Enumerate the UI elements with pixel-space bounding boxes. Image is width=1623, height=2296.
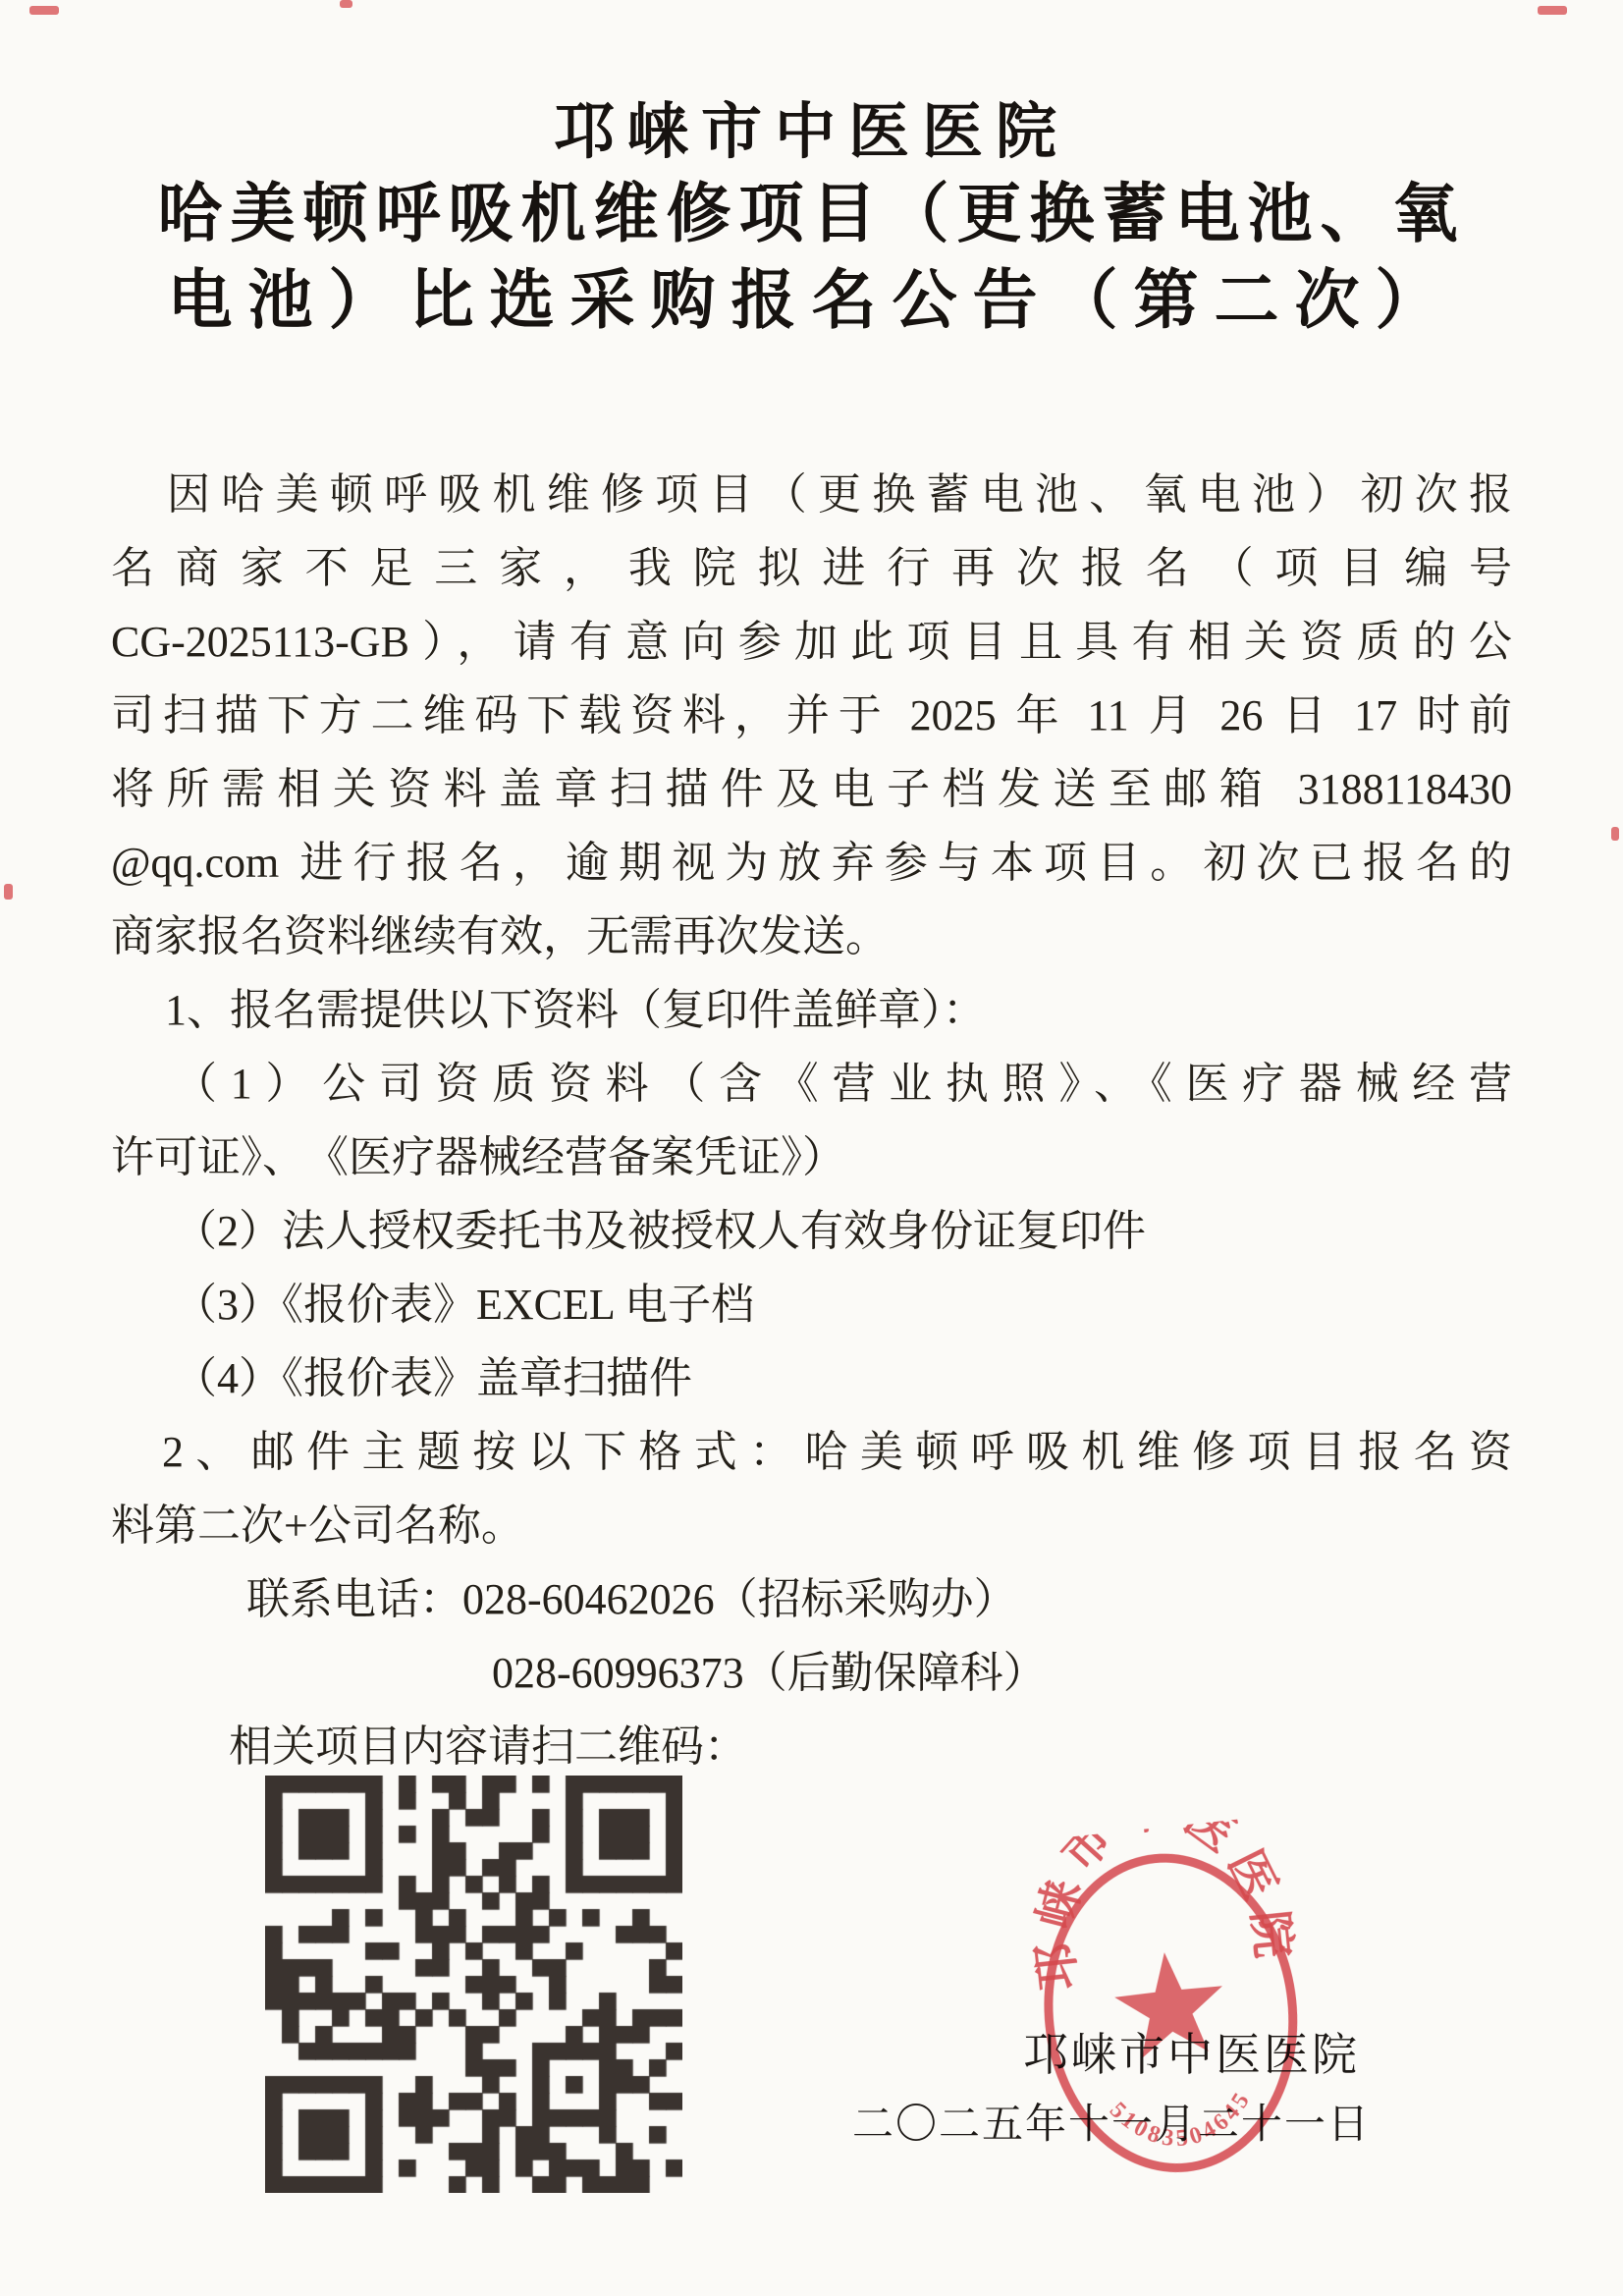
title-line-hospital: 邛崃市中医医院 <box>0 93 1623 172</box>
ink-speck <box>340 0 352 8</box>
body-line: 许可证》、 《医疗器械经营备案凭证》） <box>111 1121 1512 1194</box>
seal-ring-text: 邛崃市中医医院 <box>1014 1807 1300 1993</box>
ink-speck <box>4 884 13 900</box>
ink-speck <box>1538 6 1567 15</box>
body-line: 相关项目内容请扫二维码： <box>111 1710 1512 1783</box>
official-seal: 邛崃市中医医院 51083504645 <box>964 1807 1393 2212</box>
body-line: 料第二次+公司名称。 <box>111 1489 1512 1562</box>
document-date: 二〇二五年十一月二十一日 <box>852 2092 1371 2151</box>
body-line: 028-60996373（后勤保障科） <box>111 1636 1512 1710</box>
body-line: （2）法人授权委托书及被授权人有效身份证复印件 <box>111 1194 1512 1268</box>
title-line-notice: 电池）比选采购报名公告（第二次） <box>0 258 1623 345</box>
body-line: @qq.com 进行报名，逾期视为放弃参与本项目。初次已报名的 <box>111 826 1512 900</box>
body-line: 名商家不足三家，我院拟进行再次报名（项目编号 <box>111 531 1512 605</box>
body-line: 1、报名需提供以下资料（复印件盖鲜章）： <box>111 973 1512 1047</box>
body-line: （1）公司资质资料（含《营业执照》、《医疗器械经营 <box>111 1047 1512 1121</box>
svg-text:邛崃市中医医院: 邛崃市中医医院 <box>1014 1807 1300 1993</box>
document-title: 邛崃市中医医院 哈美顿呼吸机维修项目（更换蓄电池、氧 电池）比选采购报名公告（第… <box>0 0 1623 345</box>
ink-speck <box>1611 827 1619 841</box>
body-line: CG-2025113-GB），请有意向参加此项目且具有相关资质的公 <box>111 605 1512 679</box>
qr-code <box>265 1776 682 2193</box>
signature-hospital-name: 邛崃市中医医院 <box>1023 2019 1360 2084</box>
body-text: 因哈美顿呼吸机维修项目（更换蓄电池、氧电池）初次报名商家不足三家，我院拟进行再次… <box>111 458 1512 1783</box>
body-line: 联系电话：028-60462026（招标采购办） <box>111 1562 1512 1636</box>
body-line: 司扫描下方二维码下载资料，并于 2025 年 11 月 26 日 17 时前 <box>111 679 1512 752</box>
body-line: 2、邮件主题按以下格式：哈美顿呼吸机维修项目报名资 <box>111 1415 1512 1489</box>
body-line: 因哈美顿呼吸机维修项目（更换蓄电池、氧电池）初次报 <box>111 458 1512 531</box>
body-line: 商家报名资料继续有效，无需再次发送。 <box>111 900 1512 973</box>
body-line: 将所需相关资料盖章扫描件及电子档发送至邮箱 3188118430 <box>111 752 1512 826</box>
ink-speck <box>29 6 59 15</box>
title-line-project: 哈美顿呼吸机维修项目（更换蓄电池、氧 <box>0 172 1623 258</box>
body-line: （4）《报价表》盖章扫描件 <box>111 1341 1512 1415</box>
scanned-announcement-page: 邛崃市中医医院 哈美顿呼吸机维修项目（更换蓄电池、氧 电池）比选采购报名公告（第… <box>0 0 1623 2296</box>
body-line: （3）《报价表》EXCEL 电子档 <box>111 1268 1512 1341</box>
